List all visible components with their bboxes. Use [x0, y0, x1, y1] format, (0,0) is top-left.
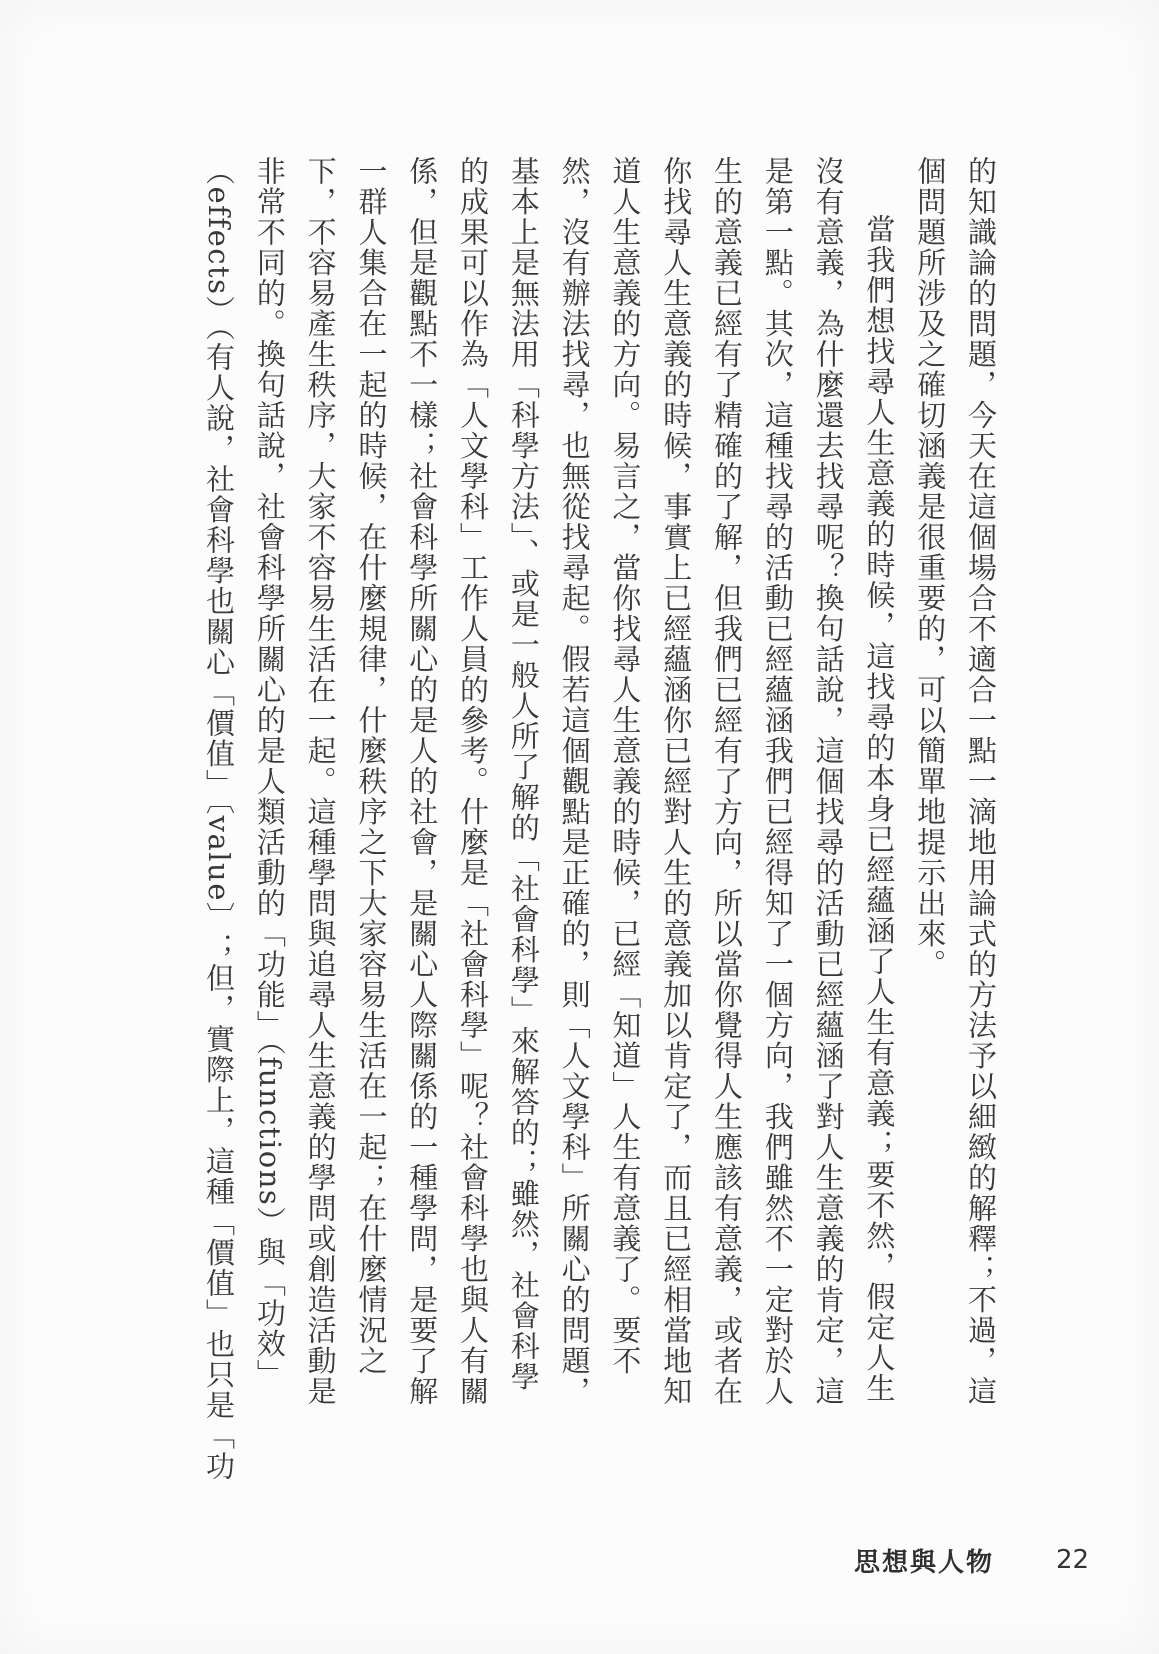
text-column: 沒有意義，為什麼還去找尋呢？換句話說，這個找尋的活動已經蘊涵了對人生意義的肯定，… — [803, 156, 854, 1441]
text-column: 個問題所涉及之確切涵義是很重要的，可以簡單地提示出來。 — [904, 156, 955, 1441]
book-title: 思想與人物 — [854, 1542, 994, 1579]
text-column-paragraph-start: 當我們想找尋人生意義的時候，這找尋的本身已經蘊涵了人生有意義；要不然，假定人生 — [854, 156, 905, 1441]
text-column: 的成果可以作為「人文學科」工作人員的參考。什麼是「社會科學」呢？社會科學也與人有… — [447, 156, 498, 1441]
text-column: 你找尋人生意義的時候，事實上已經蘊涵你已經對人生的意義加以肯定了，而且已經相當地… — [650, 156, 701, 1441]
text-column: 的知識論的問題，今天在這個場合不適合一點一滴地用論式的方法予以細緻的解釋；不過，… — [955, 156, 1006, 1441]
text-column: 是第一點。其次，這種找尋的活動已經蘊涵我們已經得知了一個方向，我們雖然不一定對於… — [752, 156, 803, 1441]
text-column: 生的意義已經有了精確的了解，但我們已經有了方向，所以當你覺得人生應該有意義，或者… — [701, 156, 752, 1441]
text-column: 非常不同的。換句話說，社會科學所關心的是人類活動的「功能」（functions）… — [244, 156, 295, 1441]
text-column: 道人生意義的方向。易言之，當你找尋人生意義的時候，已經「知道」人生有意義了。要不 — [600, 156, 651, 1441]
text-column: （effects）（有人說，社會科學也關心「價值」〔value〕；但，實際上，這… — [193, 156, 244, 1441]
scanned-book-page: 的知識論的問題，今天在這個場合不適合一點一滴地用論式的方法予以細緻的解釋；不過，… — [0, 0, 1159, 1654]
text-column: 一群人集合在一起的時候，在什麼規律，什麼秩序之下大家容易生活在一起；在什麼情況之 — [346, 156, 397, 1441]
text-column: 下，不容易產生秩序，大家不容易生活在一起。這種學問與追尋人生意義的學問或創造活動… — [295, 156, 346, 1441]
text-column: 然，沒有辦法找尋，也無從找尋起。假若這個觀點是正確的，則「人文學科」所關心的問題… — [549, 156, 600, 1441]
vertical-text-block: 的知識論的問題，今天在這個場合不適合一點一滴地用論式的方法予以細緻的解釋；不過，… — [193, 156, 1006, 1441]
text-column: 係，但是觀點不一樣；社會科學所關心的是人的社會，是關心人際關係的一種學問，是要了… — [396, 156, 447, 1441]
page-number: 22 — [1056, 1545, 1089, 1575]
text-column: 基本上是無法用「科學方法」、或是一般人所了解的「社會科學」來解答的；雖然，社會科… — [498, 156, 549, 1441]
